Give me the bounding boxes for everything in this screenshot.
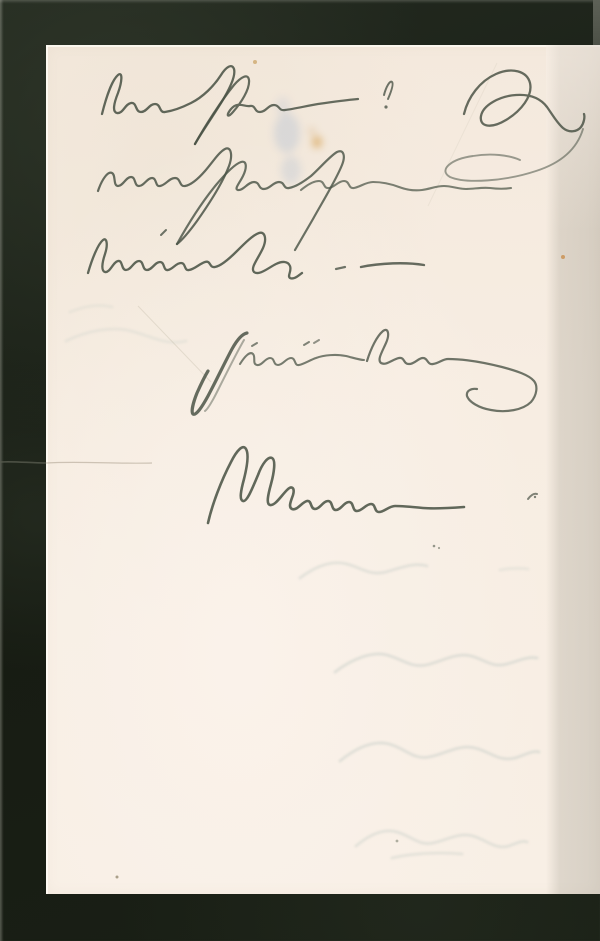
- photograph: [0, 0, 600, 941]
- paper-right-shadow-strip: [546, 45, 600, 894]
- photo-right-edge: [593, 0, 600, 46]
- note-paper: [46, 45, 600, 894]
